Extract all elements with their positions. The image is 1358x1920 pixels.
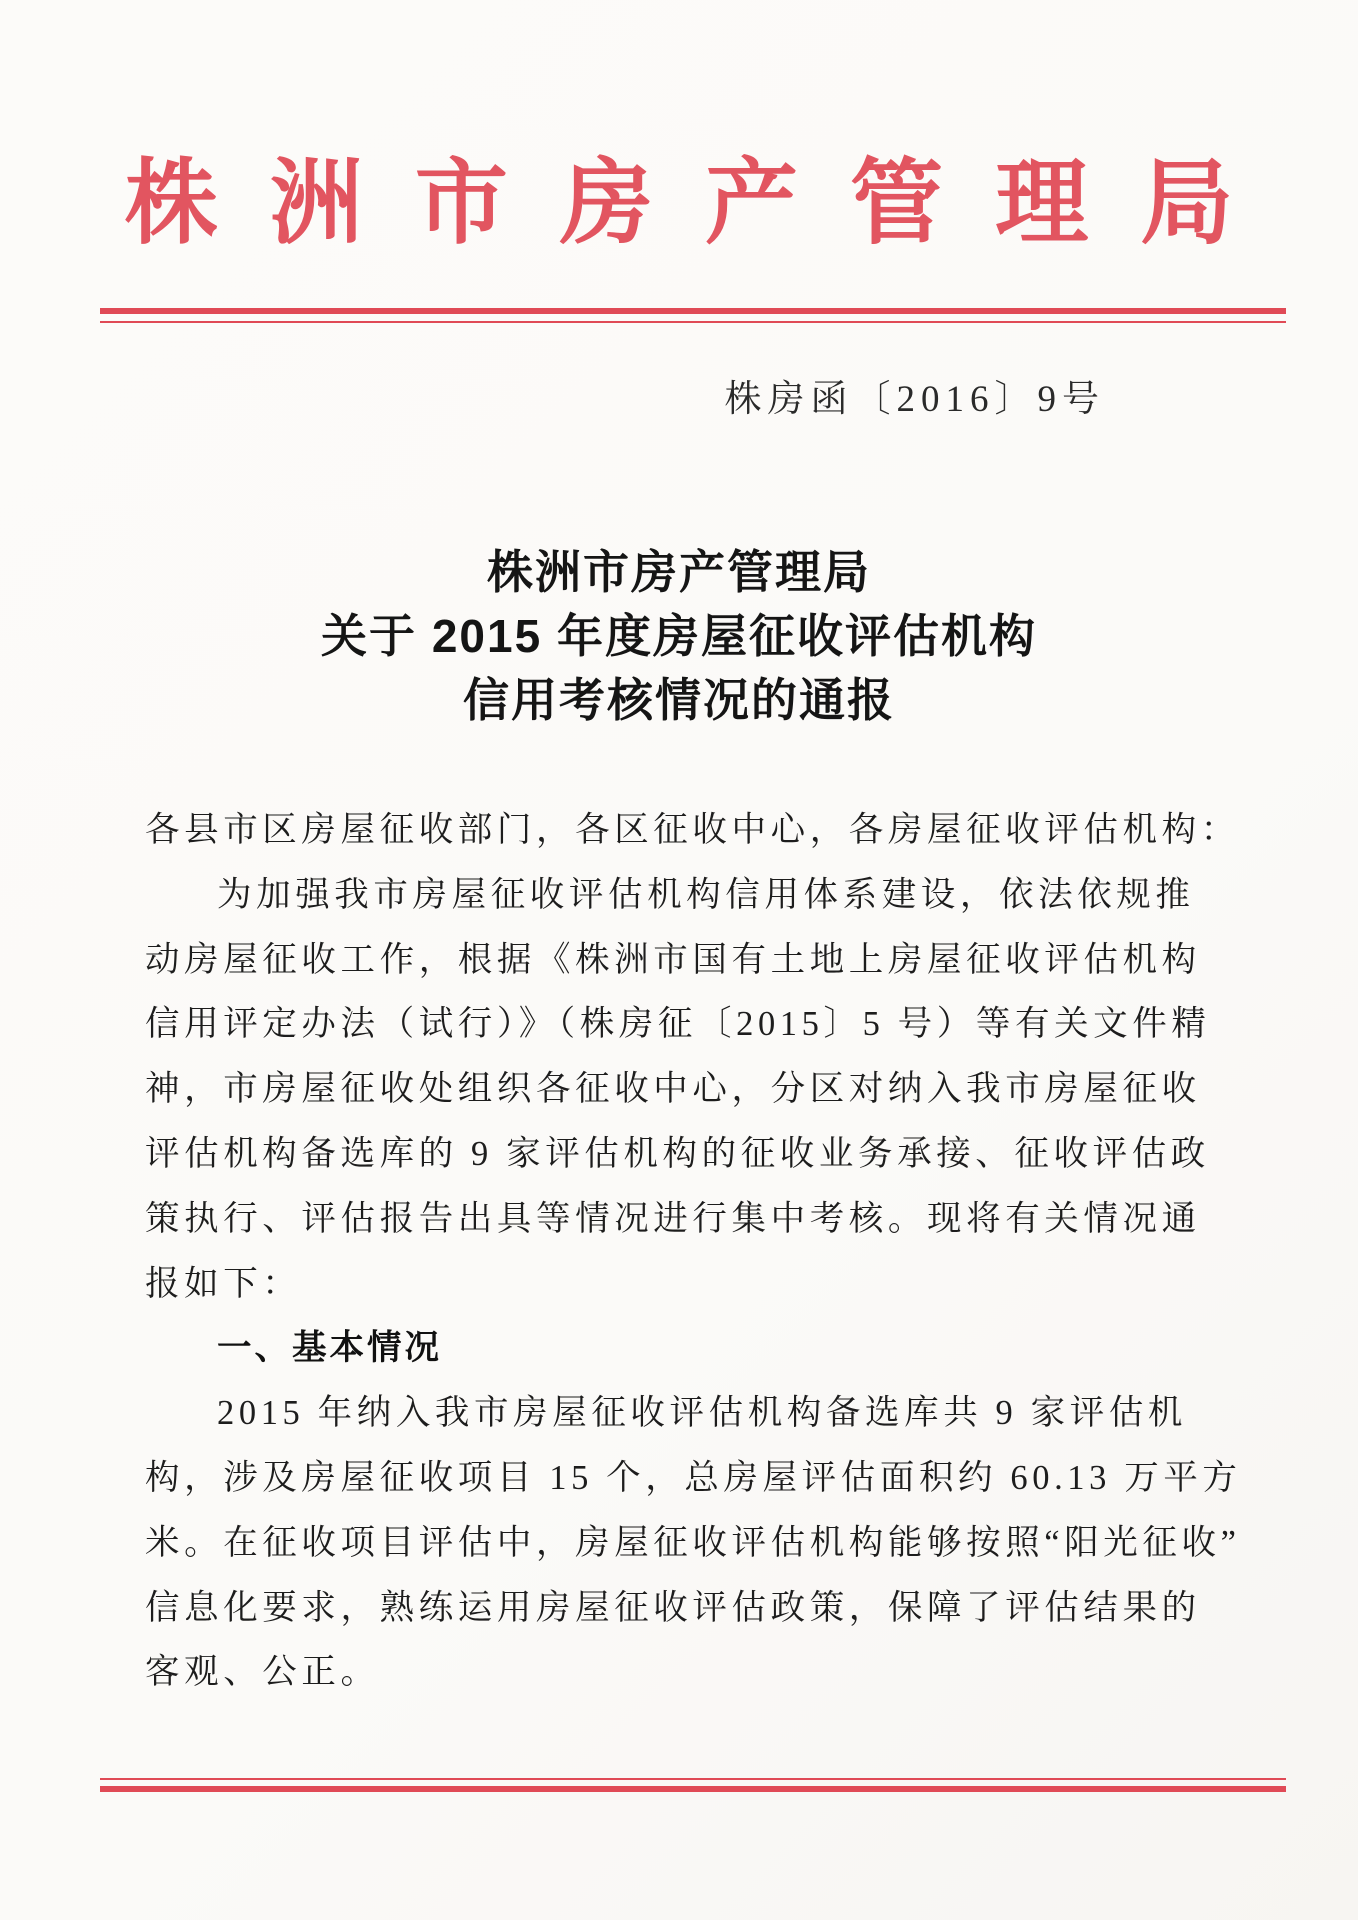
body-line: 为加强我市房屋征收评估机构信用体系建设，依法依规推 [145,863,1190,928]
body-line: 报如下： [145,1252,1190,1317]
body-line: 策执行、评估报告出具等情况进行集中考核。现将有关情况通 [145,1187,1190,1252]
title-line-2: 关于 2015 年度房屋征收评估机构 [0,604,1358,668]
body-line: 米。在征收项目评估中，房屋征收评估机构能够按照“阳光征收” [145,1511,1190,1576]
separator-thin-rule [100,321,1286,323]
section-heading: 一、基本情况 [145,1316,1190,1381]
title-line-1: 株洲市房产管理局 [0,540,1358,604]
separator-thick-rule [100,308,1286,314]
body-line: 客观、公正。 [145,1640,1190,1705]
body-line: 各县市区房屋征收部门，各区征收中心，各房屋征收评估机构： [145,798,1190,863]
title-line-3: 信用考核情况的通报 [0,668,1358,732]
body-line: 信用评定办法（试行）》（株房征〔2015〕5 号）等有关文件精 [145,992,1190,1057]
separator-thick-rule [100,1786,1286,1792]
letterhead-separator [100,308,1286,323]
document-page: 株洲市房产管理局 株房函〔2016〕9号 株洲市房产管理局 关于 2015 年度… [0,0,1358,1920]
document-body: 各县市区房屋征收部门，各区征收中心，各房屋征收评估机构：为加强我市房屋征收评估机… [145,798,1190,1705]
body-line: 构，涉及房屋征收项目 15 个，总房屋评估面积约 60.13 万平方 [145,1446,1190,1511]
body-line: 评估机构备选库的 9 家评估机构的征收业务承接、征收评估政 [145,1122,1190,1187]
body-line: 动房屋征收工作，根据《株洲市国有土地上房屋征收评估机构 [145,928,1190,993]
body-line: 2015 年纳入我市房屋征收评估机构备选库共 9 家评估机 [145,1381,1190,1446]
separator-thin-rule [100,1778,1286,1780]
document-title: 株洲市房产管理局 关于 2015 年度房屋征收评估机构 信用考核情况的通报 [0,540,1358,732]
document-number: 株房函〔2016〕9号 [725,368,1106,422]
footer-separator [100,1778,1286,1792]
letterhead-org-name: 株洲市房产管理局 [0,128,1358,262]
body-line: 神，市房屋征收处组织各征收中心，分区对纳入我市房屋征收 [145,1057,1190,1122]
body-line: 信息化要求，熟练运用房屋征收评估政策，保障了评估结果的 [145,1576,1190,1641]
